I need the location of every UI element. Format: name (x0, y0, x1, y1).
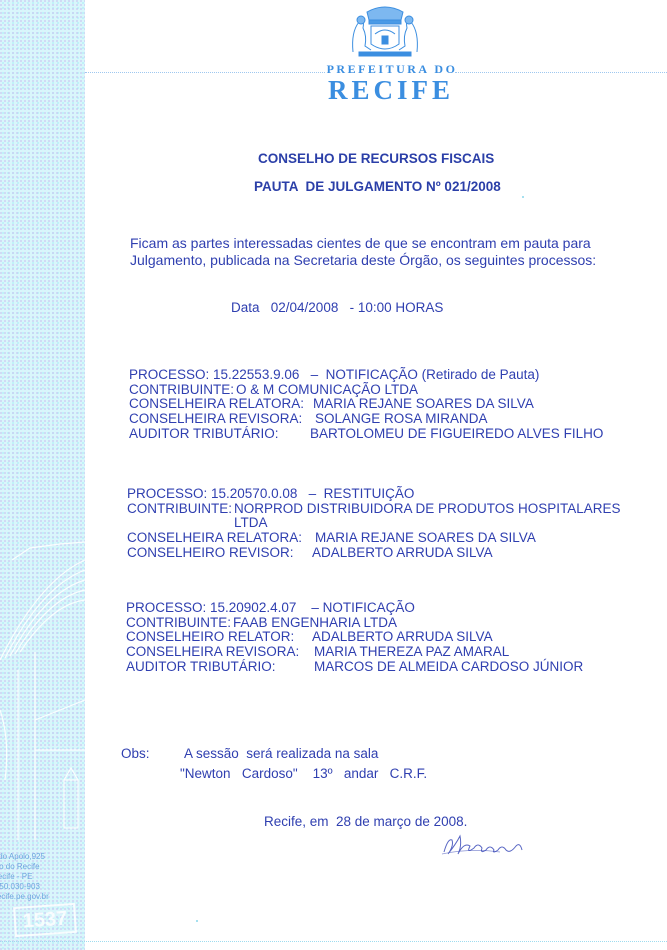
field-label: CONTRIBUINTE: (127, 502, 232, 517)
field-label: CONSELHEIRO REVISOR: (127, 546, 294, 561)
field-value: FAAB ENGENHARIA LTDA (233, 616, 397, 631)
field-value: BARTOLOMEU DE FIGUEIREDO ALVES FILHO (310, 427, 603, 442)
field-label: CONSELHEIRA REVISORA: (129, 412, 302, 427)
field-label: CONSELHEIRA RELATORA: (127, 531, 302, 546)
obs-label: Obs: (121, 746, 150, 762)
address-line: P 50.030-903 (0, 882, 85, 892)
field-value: SOLANGE ROSA MIRANDA (315, 412, 488, 427)
intro-paragraph: Ficam as partes interessadas cientes de … (130, 235, 610, 268)
field-label: AUDITOR TRIBUTÁRIO: (129, 427, 279, 442)
field-value: NORPROD DISTRIBUIDORA DE PRODUTOS HOSPIT… (234, 502, 621, 517)
address-line: Recife - PE (0, 872, 85, 882)
process-entry: PROCESSO: 15.22553.9.06 – NOTIFICAÇÃO (R… (129, 368, 539, 441)
place-and-date: Recife, em 28 de março de 2008. (264, 814, 467, 829)
side-decorative-band: s do Apolo,925 irro do Recife Recife - P… (0, 0, 85, 950)
process-header: PROCESSO: 15.22553.9.06 – NOTIFICAÇÃO (R… (129, 367, 539, 382)
field-value: MARCOS DE ALMEIDA CARDOSO JÚNIOR (314, 660, 583, 675)
field-value: ADALBERTO ARRUDA SILVA (312, 630, 493, 645)
field-value: MARIA REJANE SOARES DA SILVA (315, 531, 536, 546)
session-date: Data 02/04/2008 - 10:00 HORAS (231, 300, 443, 315)
handwritten-signature-icon (440, 832, 530, 858)
field-label: CONSELHEIRA RELATORA: (129, 397, 304, 412)
field-label: CONTRIBUINTE: (126, 616, 231, 631)
field-value: MARIA REJANE SOARES DA SILVA (313, 397, 534, 412)
building-illustration-icon (0, 540, 85, 840)
footer-divider (0, 941, 667, 942)
field-label: CONTRIBUINTE: (129, 383, 234, 398)
org-name-city: RECIFE (316, 75, 466, 106)
header-divider (455, 72, 667, 73)
intro-line: Julgamento, publicada na Secretaria dest… (130, 252, 610, 268)
obs-line: A sessão será realizada na sala (184, 746, 378, 762)
field-label: CONSELHEIRO RELATOR: (126, 630, 294, 645)
scan-speck (522, 196, 524, 198)
scan-speck (196, 920, 198, 922)
header-divider (85, 72, 325, 73)
field-value: LTDA (234, 516, 268, 531)
field-label: AUDITOR TRIBUTÁRIO: (126, 660, 276, 675)
city-coat-of-arms-icon (345, 2, 425, 60)
process-entry: PROCESSO: 15.20902.4.07 – NOTIFICAÇÃO CO… (126, 601, 415, 674)
intro-line: Ficam as partes interessadas cientes de … (130, 235, 610, 251)
address-block: s do Apolo,925 irro do Recife Recife - P… (0, 852, 85, 902)
address-line: .recife.pe.gov.br (0, 892, 85, 902)
address-line: irro do Recife (0, 862, 85, 872)
address-line: s do Apolo,925 (0, 852, 85, 862)
founding-year-mark: 1537 (13, 903, 77, 937)
process-header: PROCESSO: 15.20570.0.08 – RESTITUIÇÃO (127, 486, 414, 501)
field-label: CONSELHEIRA REVISORA: (126, 645, 299, 660)
field-value: O & M COMUNICAÇÃO LTDA (236, 383, 418, 398)
obs-line: "Newton Cardoso" 13º andar C.R.F. (180, 766, 427, 782)
field-value: ADALBERTO ARRUDA SILVA (312, 546, 493, 561)
process-header: PROCESSO: 15.20902.4.07 – NOTIFICAÇÃO (126, 600, 415, 615)
document-title: CONSELHO DE RECURSOS FISCAIS (258, 151, 494, 166)
document-subtitle: PAUTA DE JULGAMENTO Nº 021/2008 (254, 179, 501, 194)
field-value: MARIA THEREZA PAZ AMARAL (314, 645, 509, 660)
process-entry: PROCESSO: 15.20570.0.08 – RESTITUIÇÃO CO… (127, 487, 414, 560)
